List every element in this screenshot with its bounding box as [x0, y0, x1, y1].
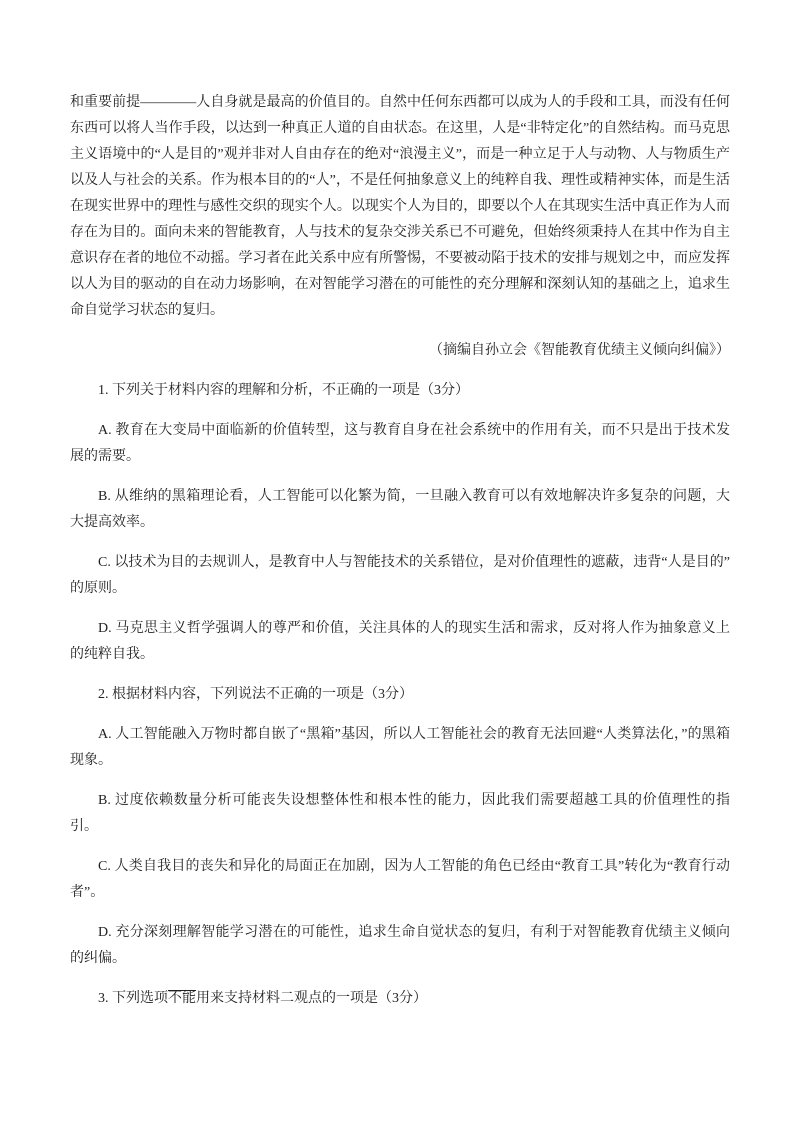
- question-1-option-a: A. 教育在大变局中面临新的价值转型，这与教育自身在社会系统中的作用有关，而不只…: [70, 418, 730, 470]
- question-3-stem-prefix: 3. 下列选项: [98, 991, 168, 1006]
- question-2-option-a: A. 人工智能融入万物时都自嵌了“黑箱”基因，所以人工智能社会的教育无法回避“人…: [70, 722, 730, 774]
- material-body-paragraph: 和重要前提————人自身就是最高的价值目的。自然中任何东西都可以成为人的手段和工…: [70, 90, 730, 324]
- question-2-option-b: B. 过度依赖数量分析可能丧失设想整体性和根本性的能力，因此我们需要超越工具的价…: [70, 788, 730, 840]
- question-2-stem: 2. 根据材料内容，下列说法不正确的一项是（3分）: [70, 682, 730, 708]
- question-3-stem-suffix: 用来支持材料二观点的一项是（3分）: [196, 991, 427, 1006]
- question-2-option-c: C. 人类自我目的丧失和异化的局面正在加剧，因为人工智能的角色已经由“教育工具”…: [70, 854, 730, 906]
- question-1-option-b: B. 从维纳的黑箱理论看，人工智能可以化繁为简，一旦融入教育可以有效地解决许多复…: [70, 484, 730, 536]
- question-1-option-d: D. 马克思主义哲学强调人的尊严和价值，关注具体的人的现实生活和需求，反对将人作…: [70, 616, 730, 668]
- question-2-option-d: D. 充分深刻理解智能学习潜在的可能性，追求生命自觉状态的复归，有利于对智能教育…: [70, 920, 730, 972]
- exam-document-page: 和重要前提————人自身就是最高的价值目的。自然中任何东西都可以成为人的手段和工…: [0, 0, 800, 1131]
- question-3-stem-emphasis: 不能: [168, 991, 196, 1006]
- material-source-attribution: （摘编自孙立会《智能教育优绩主义倾向纠偏》）: [70, 338, 730, 364]
- question-1-option-c: C. 以技术为目的去规训人，是教育中人与智能技术的关系错位，是对价值理性的遮蔽，…: [70, 550, 730, 602]
- question-1-stem: 1. 下列关于材料内容的理解和分析，不正确的一项是（3分）: [70, 378, 730, 404]
- question-3-stem: 3. 下列选项不能用来支持材料二观点的一项是（3分）: [70, 986, 730, 1012]
